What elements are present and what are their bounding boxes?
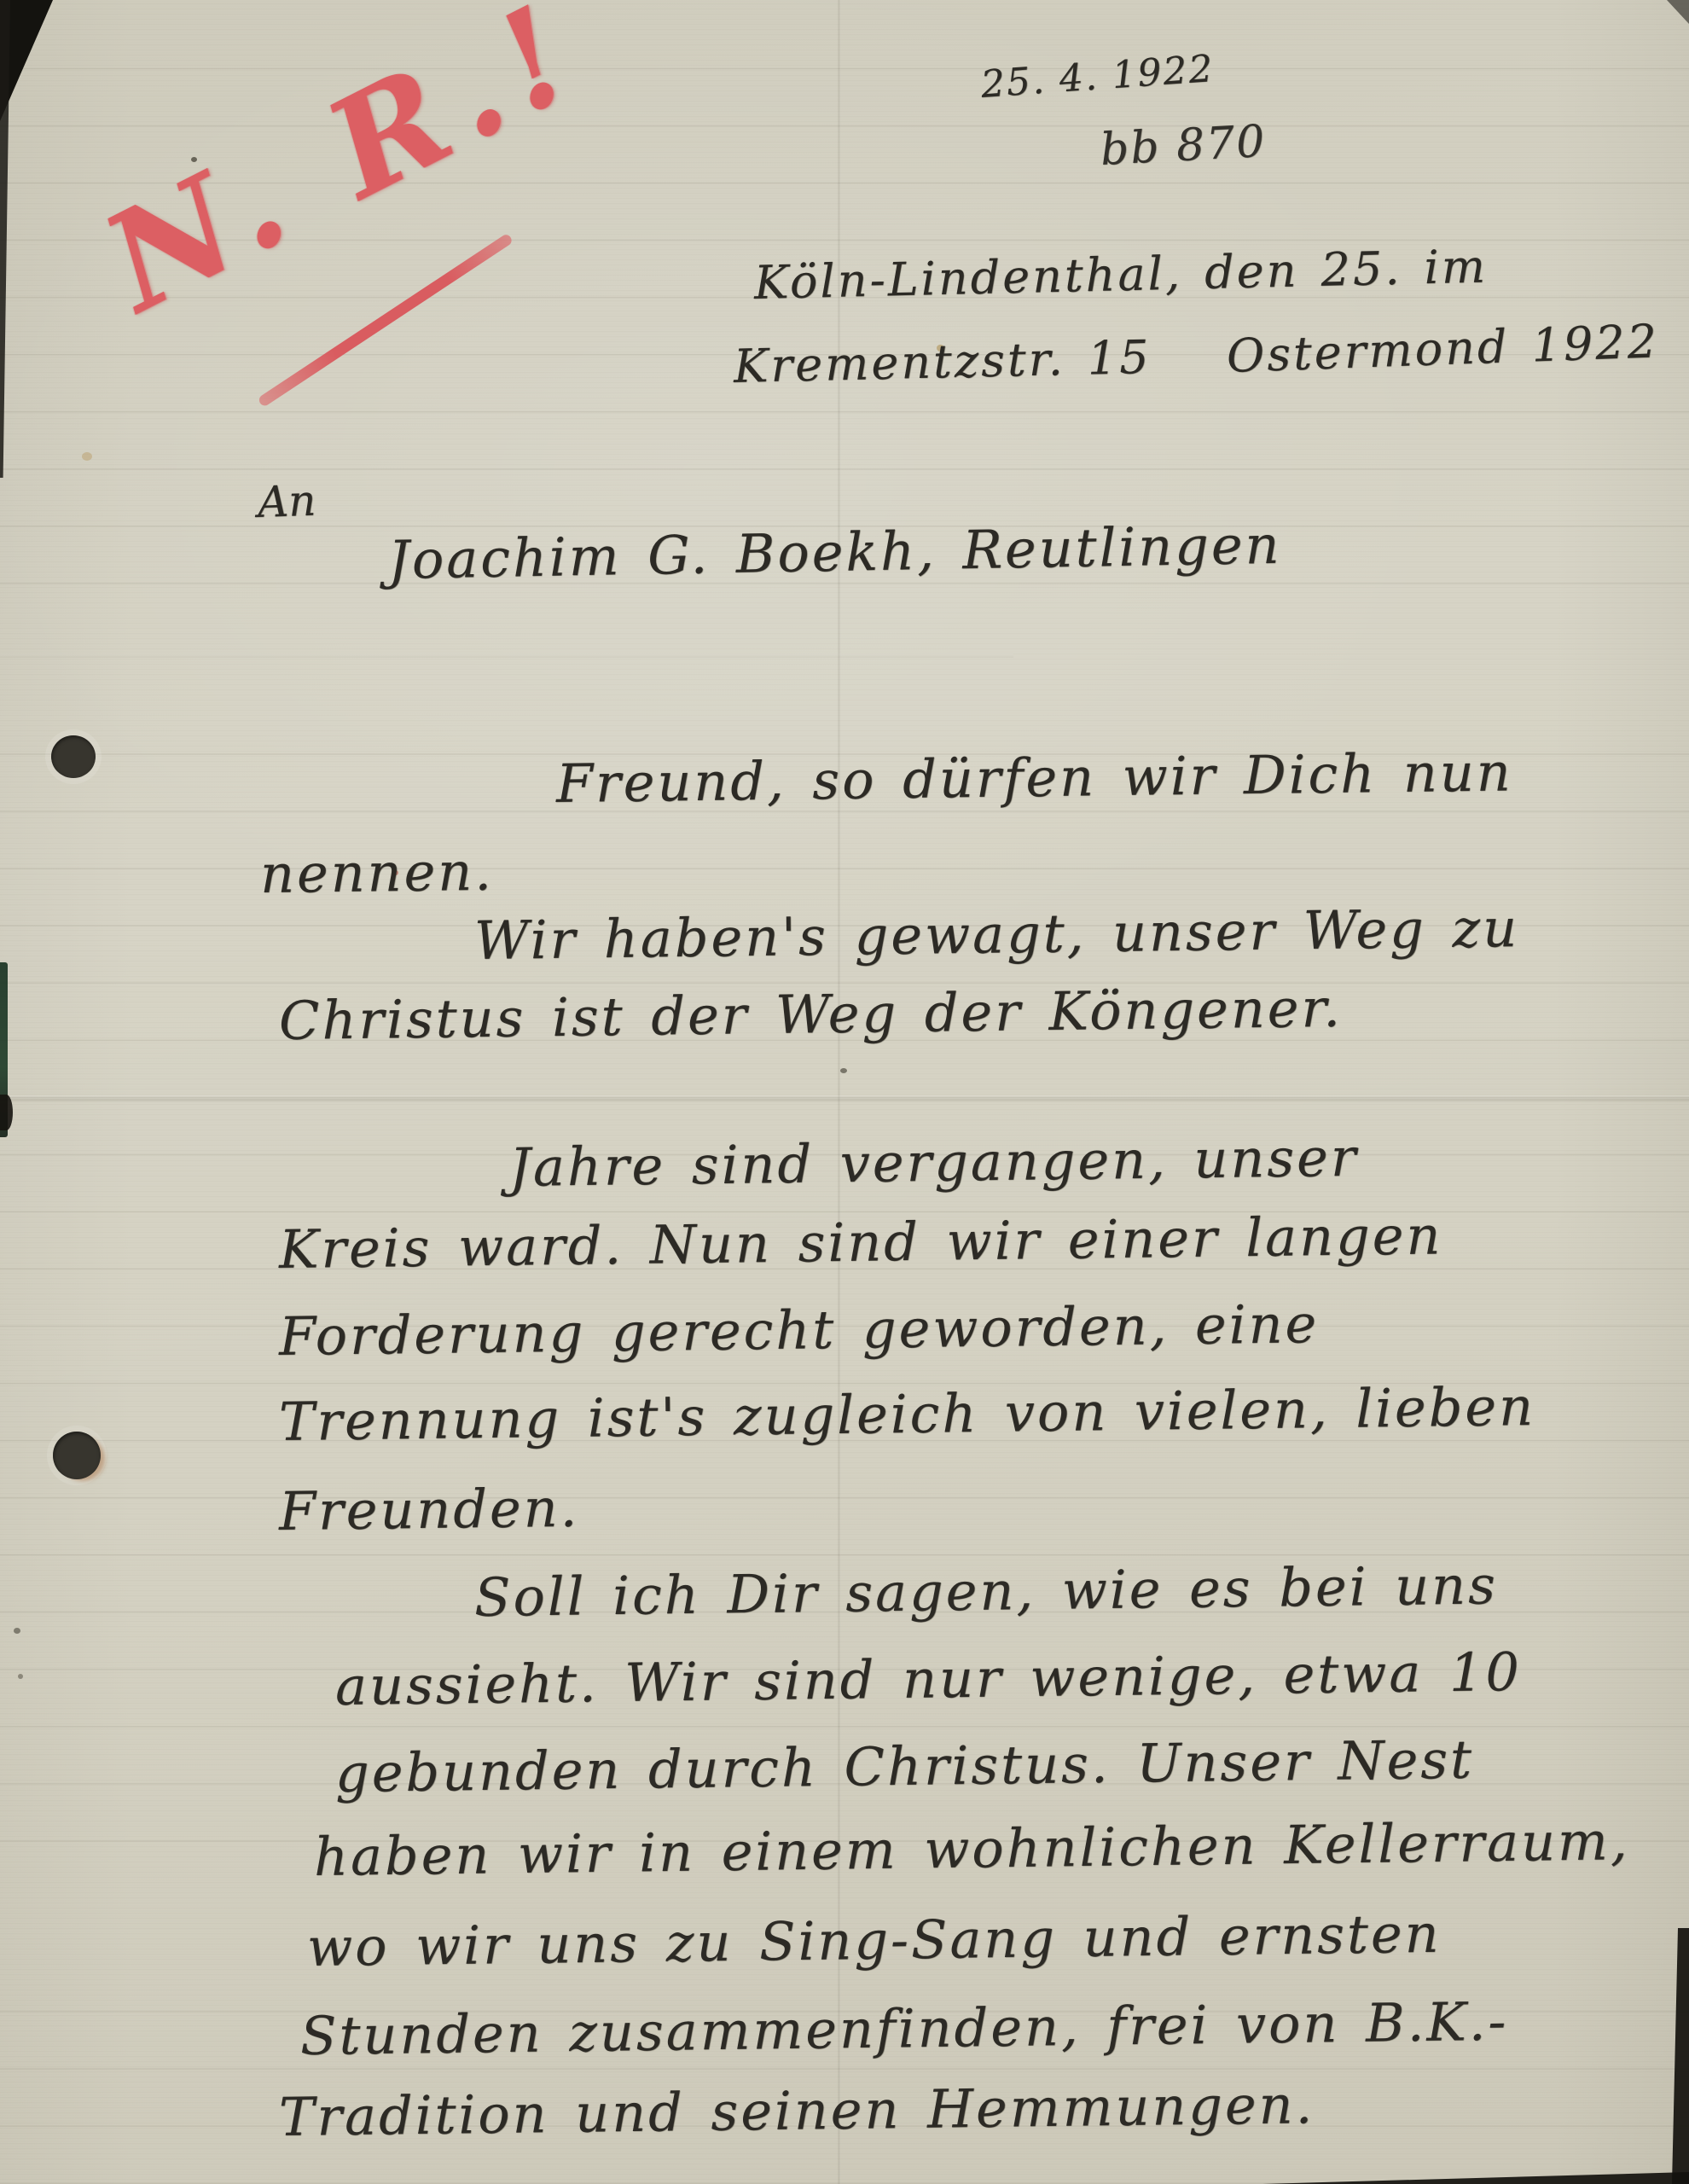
handwritten-line: Wir haben's gewagt, unser Weg zu: [474, 897, 1520, 972]
dust-speck: [18, 1674, 23, 1679]
letter-street-line: Krementzstr. 15: [733, 330, 1152, 393]
recipient-prefix: An: [257, 476, 316, 527]
handwritten-line: Forderung gerecht geworden, eine: [279, 1292, 1320, 1368]
horizontal-fold-crease: [0, 1095, 1689, 1102]
handwritten-line: Freund, so dürfen wir Dich nun: [556, 741, 1513, 815]
handwritten-line: nennen.: [260, 840, 495, 905]
dark-edge-blob: [0, 1095, 13, 1130]
faint-fold-crease: [0, 653, 1013, 658]
handwritten-line: Soll ich Dir sagen, wie es bei uns: [474, 1554, 1499, 1629]
dust-speck: [14, 1628, 20, 1634]
scanned-letter-page: N. R.! 25. 4. 1922 bb 870 Köln-Lindentha…: [0, 0, 1689, 2184]
archival-file-note: bb 870: [1099, 116, 1267, 176]
handwritten-line: Jahre sind vergangen, unser: [509, 1126, 1359, 1199]
handwritten-line: Christus ist der Weg der Köngener.: [279, 977, 1344, 1052]
handwritten-line: Freunden.: [279, 1477, 580, 1542]
hole-punch-bottom: [53, 1432, 101, 1479]
dust-speck: [840, 1068, 847, 1073]
foxing-spot: [82, 452, 92, 461]
handwritten-line: Tradition und seinen Hemmungen.: [279, 2073, 1315, 2148]
hole-punch-top: [51, 735, 96, 778]
